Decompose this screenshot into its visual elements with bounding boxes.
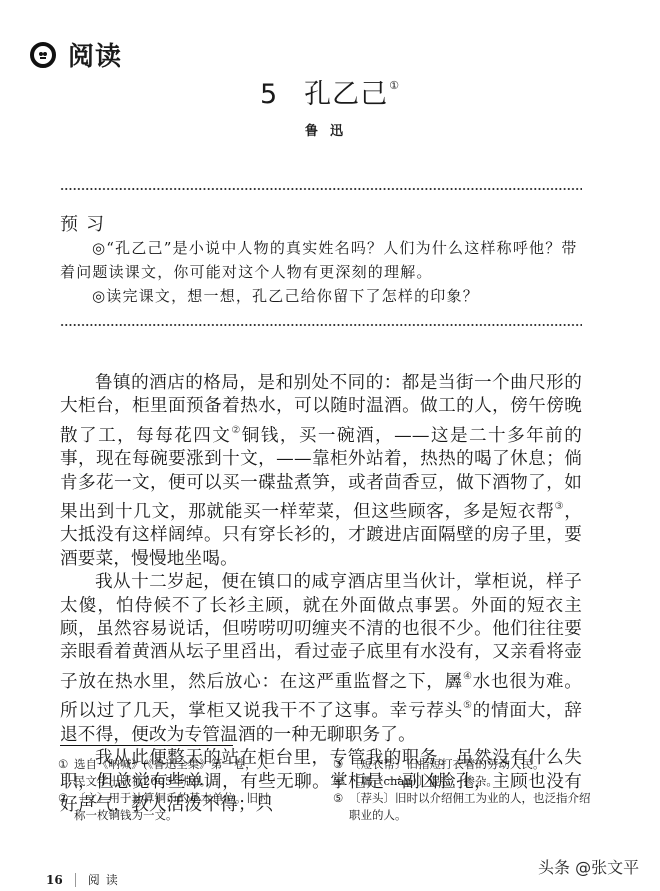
footnote-ref[interactable]: ⑤ [463,700,473,711]
section-title: 阅读 [68,36,122,73]
footnote: ④ 〔羼（chàn）〕混合，掺杂。 [333,773,593,790]
footnote-ref[interactable]: ② [231,425,241,436]
smiley-face-icon [30,42,56,68]
footnote-text: 〔短衣帮〕旧指短打衣着的劳动人民。 [349,756,593,773]
lesson-title-text: 孔乙己 [304,79,388,110]
lesson-number: 5 [260,79,278,110]
footnote: ① 选自《呐喊》(《鲁迅全集》第一卷，人民文学出版社2005年版)。 [58,756,273,790]
lesson-title: 5孔乙己① [0,72,660,111]
dotted-divider-top [60,188,582,190]
footnote-ref[interactable]: ③ [555,501,565,512]
footnotes-left: ① 选自《呐喊》(《鲁迅全集》第一卷，人民文学出版社2005年版)。 ② 〔文〕… [58,756,273,824]
preview-question: ◎读完课文，想一想，孔乙己给你留下了怎样的印象？ [60,284,582,308]
title-footnote-mark[interactable]: ① [389,79,400,92]
article-body: 鲁镇的酒店的格局，是和别处不同的：都是当街一个曲尺形的大柜台，柜里面预备着热水，… [60,372,582,817]
author: 鲁迅 [0,120,660,139]
footer-divider [75,873,76,887]
watermark: 头条 @张文平 [538,855,639,878]
footnote: ② 〔文〕用于计算铜币的基本单位。旧时称一枚铜钱为一文。 [58,790,273,824]
footnote-text: 选自《呐喊》(《鲁迅全集》第一卷，人民文学出版社2005年版)。 [74,756,273,790]
paragraph: 鲁镇的酒店的格局，是和别处不同的：都是当街一个曲尺形的大柜台，柜里面预备着热水，… [60,372,582,571]
footnote: ⑤ 〔荐头〕旧时以介绍佣工为业的人，也泛指介绍职业的人。 [333,790,593,824]
preview-heading: 预习 [60,210,112,236]
paragraph: 我从十二岁起，便在镇口的咸亨酒店里当伙计，掌柜说，样子太傻，怕侍候不了长衫主顾，… [60,571,582,747]
footnote-text: 〔羼（chàn）〕混合，掺杂。 [349,773,593,790]
footnote-text: 〔荐头〕旧时以介绍佣工为业的人，也泛指介绍职业的人。 [349,790,593,824]
footnote-mark: ② [58,790,74,824]
footnote: ③ 〔短衣帮〕旧指短打衣着的劳动人民。 [333,756,593,773]
footnote-mark: ④ [333,773,349,790]
footnote-ref[interactable]: ④ [463,671,473,682]
footnotes-right: ③ 〔短衣帮〕旧指短打衣着的劳动人民。 ④ 〔羼（chàn）〕混合，掺杂。 ⑤ … [333,756,593,824]
footer-section-label: 阅读 [88,871,124,888]
page-number: 16 [46,873,63,887]
dotted-divider-bottom [60,324,582,326]
footnote-mark: ⑤ [333,790,349,824]
page-footer: 16 阅读 [46,871,124,888]
footnote-rule [60,745,233,746]
footnote-text: 〔文〕用于计算铜币的基本单位。旧时称一枚铜钱为一文。 [74,790,273,824]
preview-question: ◎“孔乙己”是小说中人物的真实姓名吗？人们为什么这样称呼他？带着问题读课文，你可… [60,236,582,284]
footnote-mark: ① [58,756,74,790]
section-header: 阅读 [30,36,122,73]
footnote-mark: ③ [333,756,349,773]
preview-questions: ◎“孔乙己”是小说中人物的真实姓名吗？人们为什么这样称呼他？带着问题读课文，你可… [60,236,582,308]
